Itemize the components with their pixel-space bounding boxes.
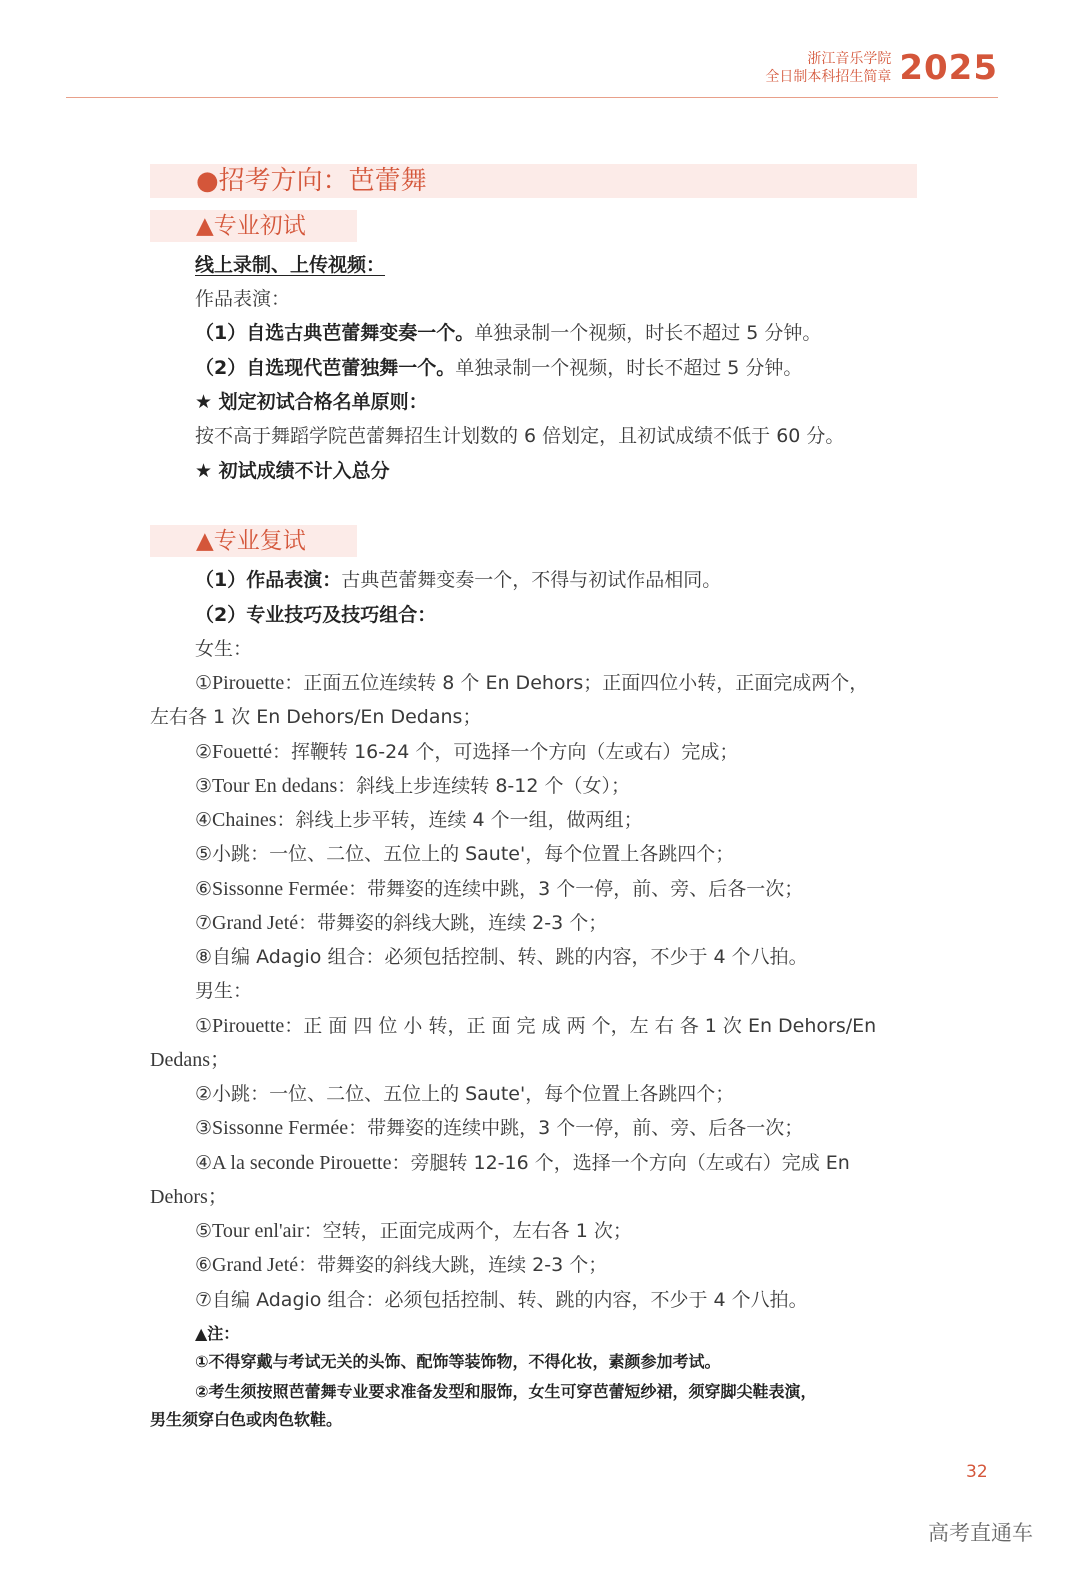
brand-year: 2025 bbox=[899, 48, 998, 88]
female-item-6: ⑥Sissonne Fermée：带舞姿的连续中跳，3 个一停，前、旁、后各一次… bbox=[195, 877, 803, 901]
score-note: ★ 初试成绩不计入总分 bbox=[195, 459, 390, 483]
preliminary-item-2: （2）自选现代芭蕾独舞一个。单独录制一个视频，时长不超过 5 分钟。 bbox=[195, 356, 802, 380]
preliminary-item-1: （1）自选古典芭蕾舞变奏一个。单独录制一个视频，时长不超过 5 分钟。 bbox=[195, 321, 821, 345]
preliminary-heading-box: ▲专业初试 bbox=[150, 210, 357, 242]
female-item-3: ③Tour En dedans：斜线上步连续转 8-12 个（女）； bbox=[195, 774, 630, 798]
preliminary-heading: ▲专业初试 bbox=[196, 210, 306, 242]
female-item-2: ②Fouetté：挥鞭转 16-24 个，可选择一个方向（左或右）完成； bbox=[195, 740, 738, 764]
section-title: ●招考方向：芭蕾舞 bbox=[196, 164, 427, 198]
page-header: 浙江音乐学院 全日制本科招生简章 2025 bbox=[66, 40, 998, 98]
school-name: 浙江音乐学院 bbox=[765, 50, 891, 68]
male-label: 男生： bbox=[195, 979, 252, 1003]
retest-item-2: （2）专业技巧及技巧组合： bbox=[195, 603, 436, 627]
male-item-4-cont: Dehors； bbox=[150, 1185, 228, 1209]
note-2: ②考生须按照芭蕾舞专业要求准备发型和服饰，女生可穿芭蕾短纱裙，须穿脚尖鞋表演， bbox=[195, 1380, 817, 1404]
male-item-4: ④A la seconde Pirouette：旁腿转 12-16 个，选择一个… bbox=[195, 1151, 850, 1175]
rule-title: ★ 划定初试合格名单原则： bbox=[195, 390, 428, 414]
page-number: 32 bbox=[966, 1462, 988, 1482]
female-item-7: ⑦Grand Jeté：带舞姿的斜线大跳，连续 2-3 个； bbox=[195, 911, 607, 935]
upload-title: 线上录制、上传视频： bbox=[195, 253, 385, 277]
female-item-5: ⑤小跳：一位、二位、五位上的 Saute'，每个位置上各跳四个； bbox=[195, 842, 734, 866]
brand-text: 浙江音乐学院 全日制本科招生简章 bbox=[765, 50, 891, 86]
brand-block: 浙江音乐学院 全日制本科招生简章 2025 bbox=[765, 48, 998, 88]
female-item-1: ①Pirouette：正面五位连续转 8 个 En Dehors；正面四位小转，… bbox=[195, 671, 868, 695]
rule-text: 按不高于舞蹈学院芭蕾舞招生计划数的 6 倍划定，且初试成绩不低于 60 分。 bbox=[195, 424, 844, 448]
watermark: 高考直通车 bbox=[928, 1517, 1033, 1547]
section-banner: ●招考方向：芭蕾舞 bbox=[150, 164, 917, 198]
male-item-1: ①Pirouette：正 面 四 位 小 转，正 面 完 成 两 个，左 右 各… bbox=[195, 1014, 876, 1038]
note-title: ▲注： bbox=[195, 1322, 239, 1346]
retest-heading-box: ▲专业复试 bbox=[150, 525, 357, 557]
male-item-6: ⑥Grand Jeté：带舞姿的斜线大跳，连续 2-3 个； bbox=[195, 1253, 607, 1277]
male-item-7: ⑦自编 Adagio 组合：必须包括控制、转、跳的内容，不少于 4 个八拍。 bbox=[195, 1288, 808, 1312]
male-item-3: ③Sissonne Fermée：带舞姿的连续中跳，3 个一停，前、旁、后各一次… bbox=[195, 1116, 803, 1140]
brochure-subtitle: 全日制本科招生简章 bbox=[765, 68, 891, 86]
male-item-1-cont: Dedans； bbox=[150, 1048, 230, 1072]
male-item-2: ②小跳：一位、二位、五位上的 Saute'，每个位置上各跳四个； bbox=[195, 1082, 734, 1106]
works-label: 作品表演： bbox=[195, 287, 290, 311]
retest-item-1: （1）作品表演：古典芭蕾舞变奏一个，不得与初试作品相同。 bbox=[195, 568, 721, 592]
retest-heading: ▲专业复试 bbox=[196, 525, 306, 557]
note-1: ①不得穿戴与考试无关的头饰、配饰等装饰物，不得化妆，素颜参加考试。 bbox=[195, 1350, 721, 1374]
note-2-cont: 男生须穿白色或肉色软鞋。 bbox=[150, 1408, 342, 1432]
female-item-4: ④Chaines：斜线上步平转，连续 4 个一组，做两组； bbox=[195, 808, 643, 832]
female-item-8: ⑧自编 Adagio 组合：必须包括控制、转、跳的内容，不少于 4 个八拍。 bbox=[195, 945, 808, 969]
female-label: 女生： bbox=[195, 637, 252, 661]
male-item-5: ⑤Tour enl'air：空转，正面完成两个，左右各 1 次； bbox=[195, 1219, 632, 1243]
female-item-1-cont: 左右各 1 次 En Dehors/En Dedans； bbox=[150, 705, 481, 729]
